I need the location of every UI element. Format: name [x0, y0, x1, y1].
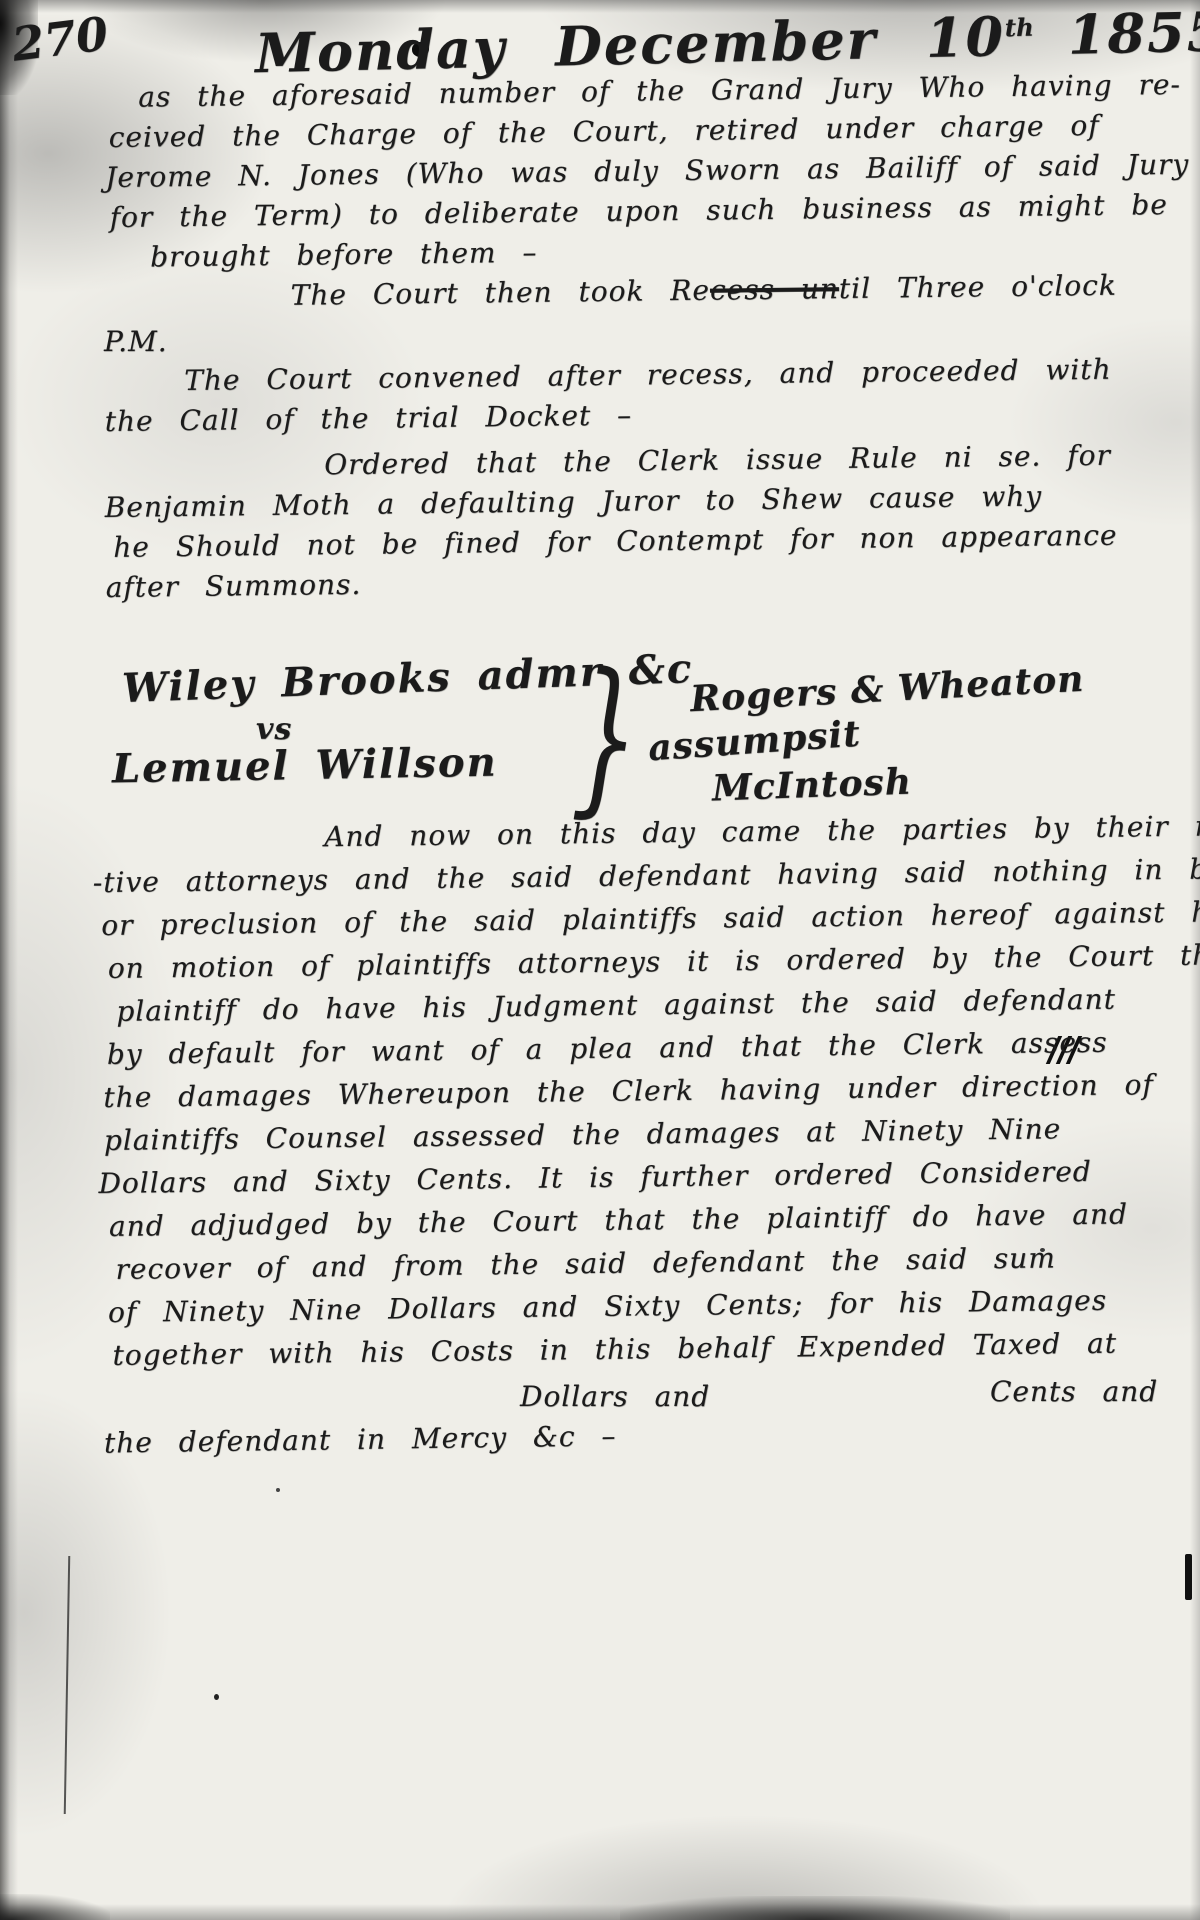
page-number: 270 — [9, 6, 111, 71]
plaintiff-attorneys: Rogers & Wheaton — [689, 658, 1085, 721]
page-crease — [64, 1556, 71, 1814]
judgment-paragraph: And now on this day came the parties by … — [100, 803, 1200, 1377]
opening-paragraph: as the aforesaid number of the Grand Jur… — [108, 65, 1191, 318]
edge-mark — [1185, 1554, 1192, 1600]
dollars-label: Dollars and — [520, 1377, 710, 1417]
convene-paragraph: The Court convened after recess, and pro… — [104, 350, 1112, 442]
rule-paragraph: Ordered that the Clerk issue Rule ni se.… — [104, 436, 1118, 608]
manuscript-page: 270 Monday December 10th1855. as the afo… — [0, 0, 1200, 1920]
case-defendant: Lemuel Willson — [112, 739, 498, 793]
struck-word: cess un — [710, 272, 839, 307]
speck — [276, 1488, 280, 1492]
closing-line: the defendant in Mercy &c – — [104, 1416, 617, 1463]
recess-suffix: til Three o'clock — [839, 269, 1117, 305]
case-brace: } — [571, 658, 642, 815]
cents-label: Cents and — [990, 1372, 1158, 1412]
defendant-attorney: McIntosh — [711, 761, 912, 810]
date-year: 1855. — [1067, 0, 1200, 67]
bottom-stain — [620, 1896, 1010, 1920]
action-type: assumpsit — [647, 713, 862, 770]
speck — [214, 1694, 219, 1700]
binding-shadow — [0, 0, 18, 1920]
bottom-edge-shadow — [0, 1904, 1200, 1920]
date-ordinal: th — [1004, 13, 1034, 43]
pm-line: P.M. — [104, 322, 168, 362]
recess-prefix: The Court then took Re — [290, 274, 710, 312]
corner-stain — [0, 1894, 110, 1920]
